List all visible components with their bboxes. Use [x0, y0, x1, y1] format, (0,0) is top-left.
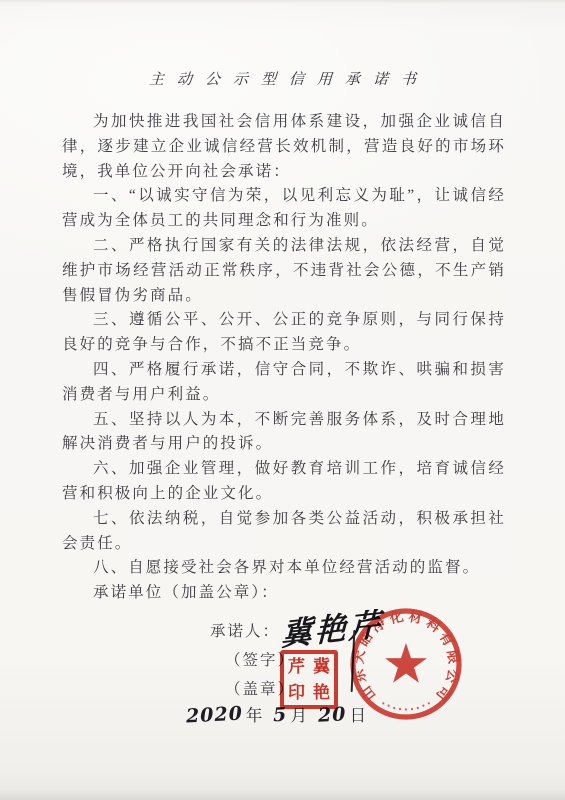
seal-company-char: 山 [359, 683, 379, 703]
document-page: 主动公示型信用承诺书 为加快推进我国社会信用体系建设，加强企业诚信自律，逐步建立… [0, 0, 565, 800]
personal-seal-char-2: 冀 [309, 654, 334, 680]
document-body: 为加快推进我国社会信用体系建设，加强企业诚信自律，逐步建立企业诚信经营长效机制，… [62, 110, 506, 606]
commitment-item-4: 四、严格履行承诺，信守合同，不欺诈、哄骗和损害消费者与用户利益。 [62, 358, 506, 408]
intro-paragraph: 为加快推进我国社会信用体系建设，加强企业诚信自律，逐步建立企业诚信经营长效机制，… [62, 110, 506, 184]
commitment-item-5: 五、坚持以人为本，不断完善服务体系，及时合理地解决消费者与用户的投诉。 [62, 408, 506, 458]
date-year-value: 2020 [185, 703, 243, 728]
seal-company-char: 公 [443, 668, 461, 685]
date-year-suffix: 年 [246, 706, 264, 725]
commitment-item-6: 六、加强企业管理，做好教育培训工作，培育诚信经营和积极向上的企业文化。 [62, 457, 506, 507]
personal-name-seal: 芹 冀 印 艳 [280, 650, 338, 709]
seal-company-char: 限 [445, 649, 462, 665]
commitment-item-3: 三、遵循公平、公开、公正的竞争原则，与同行保持良好的竞争与合作，不搞不正当竞争。 [62, 308, 506, 358]
commitment-item-1: 一、“以诚实守信为荣，以见利忘义为耻”，让诚信经营成为全体员工的共同理念和行为准… [62, 184, 506, 234]
seal-star-icon [385, 643, 427, 683]
personal-seal-char-1: 芹 [284, 654, 309, 680]
scan-edge-top [0, 0, 565, 4]
seal-serial-marks [382, 702, 430, 710]
commitment-item-7: 七、依法纳税，自觉参加各类公益活动，积极承担社会责任。 [62, 507, 506, 557]
seal-company-char: 材 [407, 608, 424, 626]
company-round-seal: 山东天皓净化材料有限公司 [336, 594, 476, 734]
commitment-item-2: 二、严格执行国家有关的法律法规，依法经营，自觉维护市场经营活动正常秩序，不违背社… [62, 234, 506, 308]
personal-seal-char-3: 印 [284, 680, 309, 706]
page-title: 主动公示型信用承诺书 [0, 68, 565, 89]
seal-company-char: 司 [433, 683, 454, 703]
seal-company-char: 料 [423, 615, 443, 635]
commitment-item-8: 八、自愿接受社会各界对本单位经营活动的监督。 [62, 556, 506, 581]
seal-company-char: 天 [351, 649, 368, 665]
scan-edge-bottom [0, 790, 565, 800]
personal-seal-char-4: 艳 [309, 680, 334, 706]
